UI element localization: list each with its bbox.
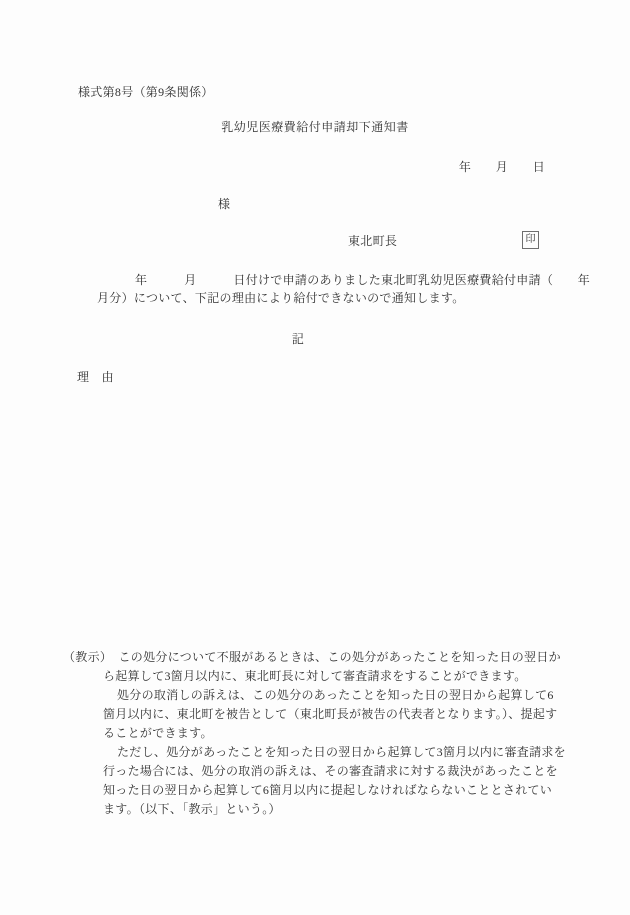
appeal-notice-line: （教示） この処分について不服があるときは、この処分があったことを知った日の翌日… [63,651,630,670]
appeal-notice-block: （教示） この処分について不服があるときは、この処分があったことを知った日の翌日… [0,651,630,822]
document-page: 様式第8号（第9条関係） 乳幼児医療費給付申請却下通知書 年 月 日 様 東北町… [0,0,630,915]
body-paragraph-line-2: 月分）について、下記の理由により給付できないので通知します。 [97,292,465,304]
appeal-notice-line: 処分の取消しの訴えは、この処分のあったことを知った日の翌日から起算して6 [117,689,630,708]
section-marker-ki: 記 [0,333,596,345]
appeal-notice-line: 行った場合には、処分の取消の訴えは、その審査請求に対する裁決があったことを [103,765,630,784]
seal-mark: 印 [526,235,536,245]
seal-placeholder-box: 印 [522,231,539,249]
issue-date-line: 年 月 日 [459,161,545,173]
appeal-notice-line: ます。（以下、「教示」という。） [103,803,630,822]
document-title: 乳幼児医療費給付申請却下通知書 [0,121,630,133]
appeal-notice-line: 知った日の翌日から起算して6箇月以内に提起しなければならないこととされてい [103,784,630,803]
appeal-notice-line: ら起算して3箇月以内に、東北町長に対して審査請求をすることができます。 [103,670,630,689]
appeal-notice-line: ることができます。 [103,727,630,746]
issuer-name: 東北町長 [348,235,397,247]
reason-label: 理 由 [77,371,114,383]
addressee-suffix: 様 [218,198,230,210]
body-paragraph-line-1: 年 月 日付けで申請のありました東北町乳幼児医療費給付申請（ 年 [135,274,590,286]
appeal-notice-line: 箇月以内に、東北町を被告として（東北町長が被告の代表者となります。）、提起す [103,708,630,727]
appeal-notice-line: ただし、処分があったことを知った日の翌日から起算して3箇月以内に審査請求を [117,746,630,765]
form-number: 様式第8号（第9条関係） [78,86,214,98]
